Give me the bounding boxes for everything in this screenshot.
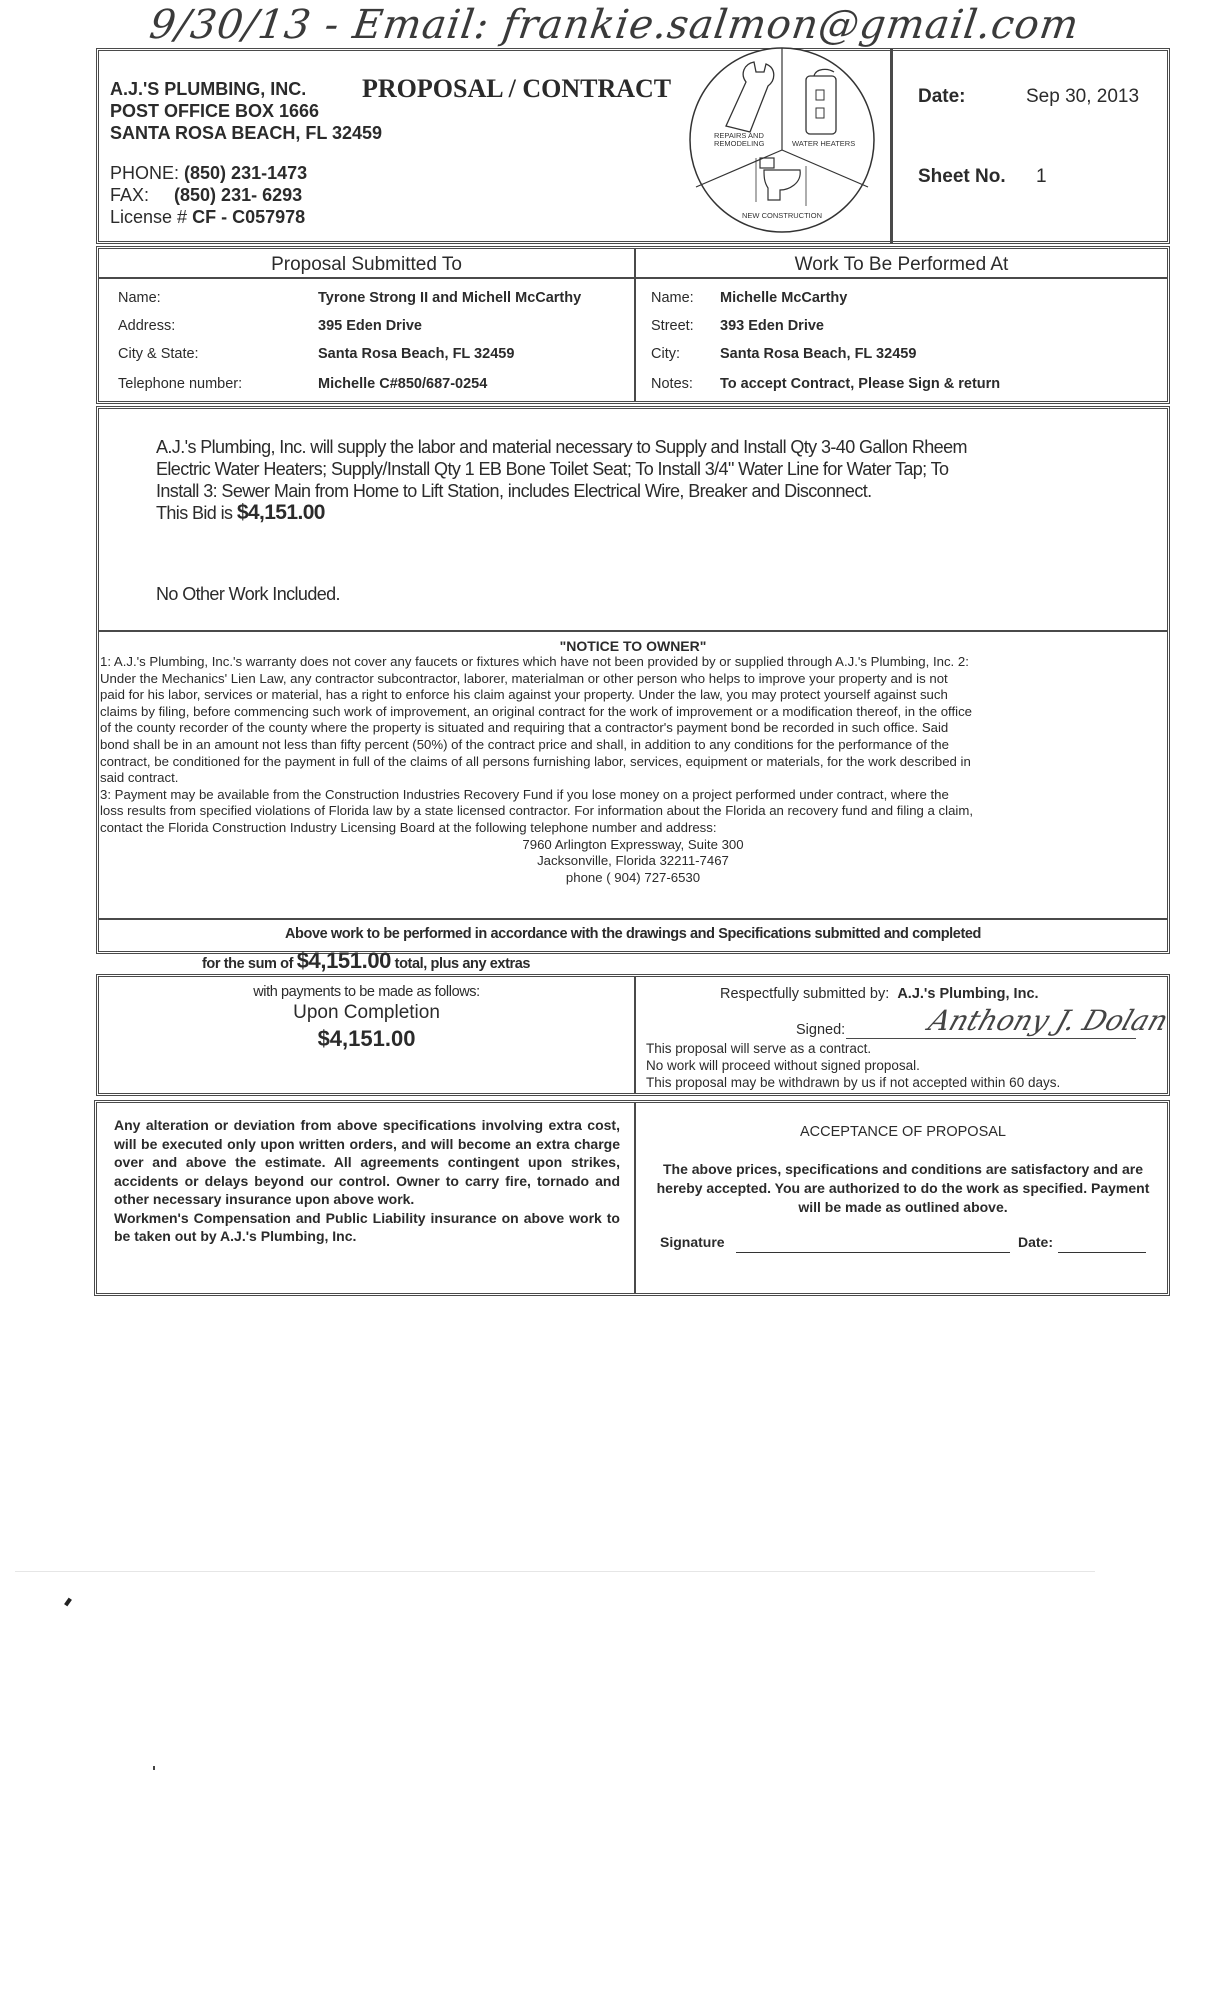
acceptance-date-label: Date: bbox=[1018, 1234, 1053, 1250]
notice-line: loss results from specified violations o… bbox=[100, 803, 1166, 820]
payment-divider bbox=[634, 976, 636, 1094]
submission-note-1: This proposal will serve as a contract. bbox=[646, 1040, 1060, 1057]
notice-line: contact the Florida Construction Industr… bbox=[100, 820, 1166, 837]
scope-line-3: Install 3: Sewer Main from Home to Lift … bbox=[156, 480, 1156, 502]
notice-line: 3: Payment may be available from the Con… bbox=[100, 787, 1166, 804]
scan-speck bbox=[64, 1598, 72, 1607]
service-logo: REPAIRS AND REMODELING WATER HEATERS NEW… bbox=[684, 42, 880, 238]
notice-line: bond shall be in an amount not less than… bbox=[100, 737, 1166, 754]
scan-fold-line bbox=[15, 1571, 1095, 1572]
notice-top-rule bbox=[99, 630, 1167, 632]
acceptance-body: The above prices, specifications and con… bbox=[656, 1160, 1150, 1217]
notice-line: Under the Mechanics' Lien Law, any contr… bbox=[100, 671, 1166, 688]
bid-amount: $4,151.00 bbox=[237, 501, 325, 524]
board-address-1: 7960 Arlington Expressway, Suite 300 bbox=[100, 837, 1166, 854]
service-logo-icon: REPAIRS AND REMODELING WATER HEATERS NEW… bbox=[684, 42, 880, 238]
sum-top-rule bbox=[99, 918, 1167, 920]
work-city-value: Santa Rosa Beach, FL 32459 bbox=[720, 346, 916, 362]
company-po-box: POST OFFICE BOX 1666 bbox=[110, 100, 382, 122]
bid-line: This Bid is $4,151.00 bbox=[156, 502, 1156, 524]
terms-paragraph-1: Any alteration or deviation from above s… bbox=[114, 1116, 620, 1209]
terms-text: Any alteration or deviation from above s… bbox=[114, 1116, 620, 1246]
sheet-value: 1 bbox=[1036, 166, 1047, 188]
work-name-value: Michelle McCarthy bbox=[720, 290, 847, 306]
submitted-city-value: Santa Rosa Beach, FL 32459 bbox=[318, 346, 514, 362]
license-number: CF - C057978 bbox=[192, 207, 305, 227]
svg-text:REMODELING: REMODELING bbox=[714, 139, 765, 148]
date-label: Date: bbox=[918, 86, 966, 108]
company-name: A.J.'S PLUMBING, INC. bbox=[110, 78, 382, 100]
scope-line-1: A.J.'s Plumbing, Inc. will supply the la… bbox=[156, 436, 1156, 458]
payment-terms: Upon Completion bbox=[99, 1002, 634, 1024]
payment-amount: $4,151.00 bbox=[99, 1026, 634, 1052]
acceptance-signature-field[interactable] bbox=[736, 1236, 1010, 1253]
notice-line: claims by filing, before commencing such… bbox=[100, 704, 1166, 721]
scope-line-2: Electric Water Heaters; Supply/Install Q… bbox=[156, 458, 1156, 480]
work-street-value: 393 Eden Drive bbox=[720, 318, 824, 334]
document-title: PROPOSAL / CONTRACT bbox=[362, 74, 692, 104]
company-block: A.J.'S PLUMBING, INC. POST OFFICE BOX 16… bbox=[110, 78, 382, 228]
company-city: SANTA ROSA BEACH, FL 32459 bbox=[110, 122, 382, 144]
work-notes-label: Notes: bbox=[651, 376, 693, 392]
submission-note-2: No work will proceed without signed prop… bbox=[646, 1057, 1060, 1074]
submitted-name-value: Tyrone Strong II and Michell McCarthy bbox=[318, 290, 581, 306]
submission-notes: This proposal will serve as a contract. … bbox=[646, 1040, 1060, 1091]
contractor-signature: Anthony J. Dolan bbox=[925, 1004, 1173, 1037]
signed-label: Signed: bbox=[796, 1022, 845, 1038]
handwritten-email-note: 9/30/13 - Email: frankie.salmon@gmail.co… bbox=[147, 2, 1082, 48]
sum-line-2: for the sum of $4,151.00 total, plus any… bbox=[202, 948, 530, 974]
submission-note-3: This proposal may be withdrawn by us if … bbox=[646, 1074, 1060, 1091]
scan-speck bbox=[153, 1766, 155, 1770]
acceptance-date-field[interactable] bbox=[1058, 1236, 1146, 1253]
header-divider bbox=[890, 48, 893, 244]
board-address-2: Jacksonville, Florida 32211-7467 bbox=[100, 853, 1166, 870]
submitted-address-label: Address: bbox=[118, 318, 175, 334]
terms-paragraph-2: Workmen's Compensation and Public Liabil… bbox=[114, 1209, 620, 1246]
submitted-city-label: City & State: bbox=[118, 346, 199, 362]
scope-of-work: A.J.'s Plumbing, Inc. will supply the la… bbox=[156, 436, 1156, 524]
address-heading-rule bbox=[99, 277, 1167, 279]
submitted-by-company: A.J.'s Plumbing, Inc. bbox=[897, 986, 1038, 1002]
work-city-label: City: bbox=[651, 346, 680, 362]
work-street-label: Street: bbox=[651, 318, 694, 334]
svg-text:NEW CONSTRUCTION: NEW CONSTRUCTION bbox=[742, 211, 822, 220]
acceptance-signature-label: Signature bbox=[660, 1234, 725, 1250]
submitted-phone-value: Michelle C#850/687-0254 bbox=[318, 376, 487, 392]
submitted-phone-label: Telephone number: bbox=[118, 376, 242, 392]
no-other-work: No Other Work Included. bbox=[156, 584, 340, 605]
notice-line: paid for his labor, services or material… bbox=[100, 687, 1166, 704]
notice-title: "NOTICE TO OWNER" bbox=[99, 638, 1167, 654]
notice-line: contract, be conditioned for the payment… bbox=[100, 754, 1166, 771]
fax-number: (850) 231- 6293 bbox=[174, 185, 302, 205]
phone-number: (850) 231-1473 bbox=[184, 163, 307, 183]
signed-line bbox=[846, 1038, 1136, 1039]
work-name-label: Name: bbox=[651, 290, 694, 306]
submitted-name-label: Name: bbox=[118, 290, 161, 306]
date-value: Sep 30, 2013 bbox=[1026, 86, 1139, 108]
sum-amount: $4,151.00 bbox=[297, 948, 391, 973]
notice-text: 1: A.J.'s Plumbing, Inc.'s warranty does… bbox=[100, 654, 1166, 886]
company-license: License # CF - C057978 bbox=[110, 206, 382, 228]
notice-line: 1: A.J.'s Plumbing, Inc.'s warranty does… bbox=[100, 654, 1166, 671]
submitted-address-value: 395 Eden Drive bbox=[318, 318, 422, 334]
company-fax: FAX: (850) 231- 6293 bbox=[110, 184, 382, 206]
work-notes-value: To accept Contract, Please Sign & return bbox=[720, 376, 1000, 392]
notice-line: of the county recorder of the county whe… bbox=[100, 720, 1166, 737]
svg-text:WATER HEATERS: WATER HEATERS bbox=[792, 139, 855, 148]
board-phone: phone ( 904) 727-6530 bbox=[100, 870, 1166, 887]
submitted-to-heading: Proposal Submitted To bbox=[99, 254, 634, 276]
acceptance-title: ACCEPTANCE OF PROPOSAL bbox=[636, 1124, 1170, 1140]
sum-line-1: Above work to be performed in accordance… bbox=[99, 926, 1167, 942]
company-phone: PHONE: (850) 231-1473 bbox=[110, 162, 382, 184]
submitted-by: Respectfully submitted by: A.J.'s Plumbi… bbox=[720, 986, 1039, 1002]
sheet-label: Sheet No. bbox=[918, 166, 1006, 188]
notice-line: said contract. bbox=[100, 770, 1166, 787]
payment-intro: with payments to be made as follows: bbox=[99, 984, 634, 1000]
work-at-heading: Work To Be Performed At bbox=[636, 254, 1167, 276]
